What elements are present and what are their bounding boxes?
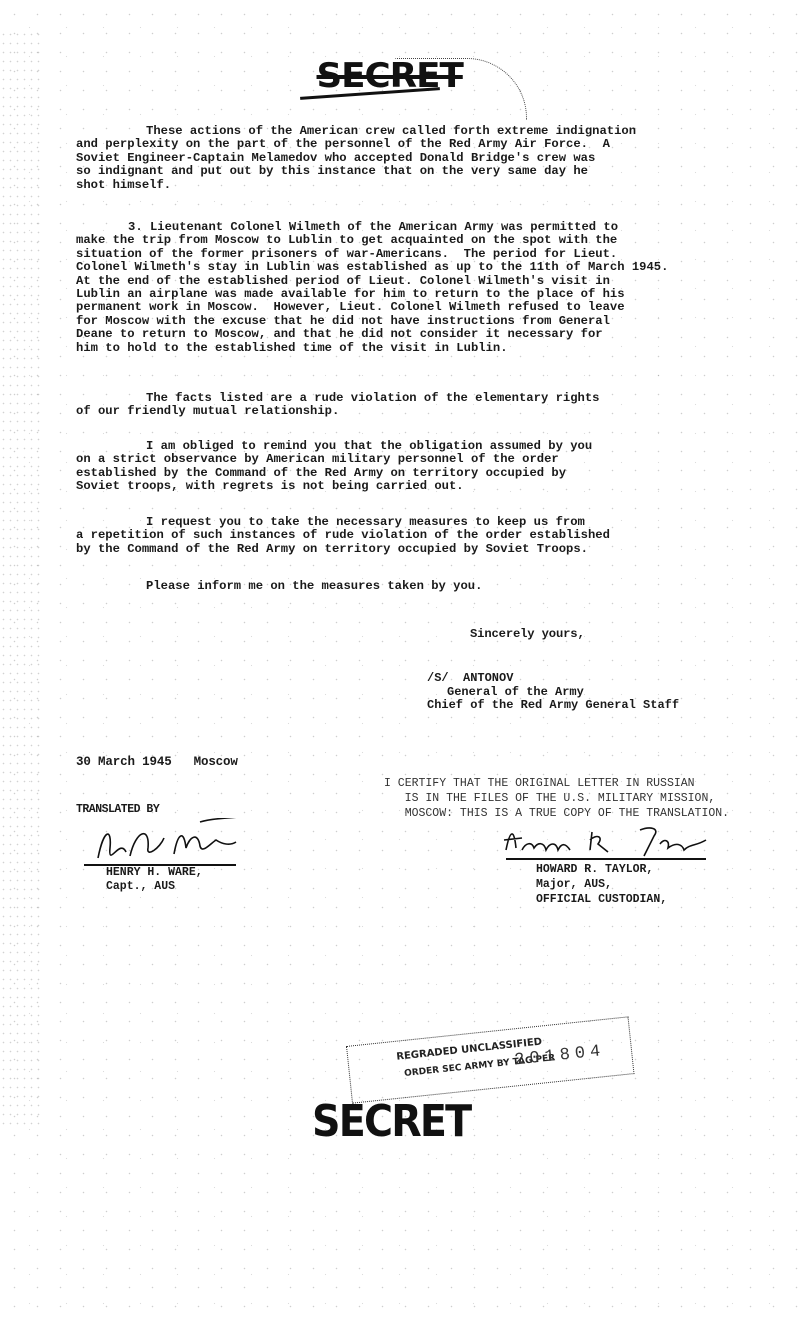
paragraph-line: The facts listed are a rude violation of… (76, 392, 599, 405)
stamp-arc-mark (395, 58, 527, 120)
paragraph-line: At the end of the established period of … (76, 275, 668, 288)
paragraph-line: Colonel Wilmeth's stay in Lublin was est… (76, 261, 668, 274)
paragraph-2: 3. Lieutenant Colonel Wilmeth of the Ame… (76, 221, 668, 355)
paragraph-line: of our friendly mutual relationship. (76, 405, 599, 418)
custodian-name: HOWARD R. TAYLOR, (536, 862, 667, 877)
classification-stamp-bottom: SECRET (312, 1096, 470, 1147)
signatory-block: /S/ ANTONOV General of the Army Chief of… (427, 672, 679, 713)
custodian-block: HOWARD R. TAYLOR, Major, AUS, OFFICIAL C… (536, 862, 667, 907)
paragraph-line: 3. Lieutenant Colonel Wilmeth of the Ame… (76, 221, 668, 234)
certification-line: MOSCOW: THIS IS A TRUE COPY OF THE TRANS… (384, 806, 729, 821)
custodian-rank: Major, AUS, (536, 877, 667, 892)
custodian-signature (500, 822, 720, 862)
custodian-role: OFFICIAL CUSTODIAN, (536, 892, 667, 907)
paragraph-line: I request you to take the necessary meas… (76, 516, 610, 529)
paragraph-line: permanent work in Moscow. However, Lieut… (76, 301, 668, 314)
signatory-title: Chief of the Red Army General Staff (427, 699, 679, 713)
certification-line: IS IN THE FILES OF THE U.S. MILITARY MIS… (384, 791, 729, 806)
paragraph-5: I request you to take the necessary meas… (76, 516, 610, 556)
paragraph-line: established by the Command of the Red Ar… (76, 467, 592, 480)
translator-rank: Capt., AUS (106, 880, 203, 894)
paragraph-line: Soviet Engineer-Captain Melamedov who ac… (76, 152, 636, 165)
paragraph-line: by the Command of the Red Army on territ… (76, 543, 610, 556)
paragraph-line: make the trip from Moscow to Lublin to g… (76, 234, 668, 247)
paragraph-6: Please inform me on the measures taken b… (76, 580, 482, 593)
paragraph-line: for Moscow with the excuse that he did n… (76, 315, 668, 328)
translator-name: HENRY H. WARE, (106, 866, 203, 880)
closing: Sincerely yours, (470, 628, 585, 641)
document-page: SECRET These actions of the American cre… (0, 0, 800, 1318)
custodian-signature-line (506, 858, 706, 860)
paragraph-line: Soviet troops, with regrets is not being… (76, 480, 592, 493)
date-place: 30 March 1945 Moscow (76, 756, 238, 769)
paragraph-line: so indignant and put out by this instanc… (76, 165, 636, 178)
paragraph-3: The facts listed are a rude violation of… (76, 392, 599, 419)
certification-line: I CERTIFY THAT THE ORIGINAL LETTER IN RU… (384, 776, 729, 791)
paragraph-line: shot himself. (76, 179, 636, 192)
translator-label: TRANSLATED BY (76, 803, 159, 816)
signatory-rank: General of the Army (427, 686, 679, 700)
signatory-signed: /S/ ANTONOV (427, 672, 679, 686)
paragraph-4: I am obliged to remind you that the obli… (76, 440, 592, 494)
paragraph-line: and perplexity on the part of the person… (76, 138, 636, 151)
certification-text: I CERTIFY THAT THE ORIGINAL LETTER IN RU… (384, 776, 729, 821)
declassification-stamp: REGRADED UNCLASSIFIED ORDER SEC ARMY BY … (346, 1016, 635, 1103)
paragraph-line: Lublin an airplane was made available fo… (76, 288, 668, 301)
paragraph-line: a repetition of such instances of rude v… (76, 529, 610, 542)
paragraph-line: I am obliged to remind you that the obli… (76, 440, 592, 453)
paragraph-line: on a strict observance by American milit… (76, 453, 592, 466)
paragraph-1: These actions of the American crew calle… (76, 125, 636, 192)
paragraph-line: Deane to return to Moscow, and that he d… (76, 328, 668, 341)
translator-signature (90, 818, 270, 868)
translator-block: HENRY H. WARE, Capt., AUS (106, 866, 203, 893)
scan-edge-noise (0, 30, 40, 1130)
paragraph-line: Please inform me on the measures taken b… (76, 580, 482, 593)
paragraph-line: him to hold to the established time of t… (76, 342, 668, 355)
paragraph-line: These actions of the American crew calle… (76, 125, 636, 138)
paragraph-line: situation of the former prisoners of war… (76, 248, 668, 261)
